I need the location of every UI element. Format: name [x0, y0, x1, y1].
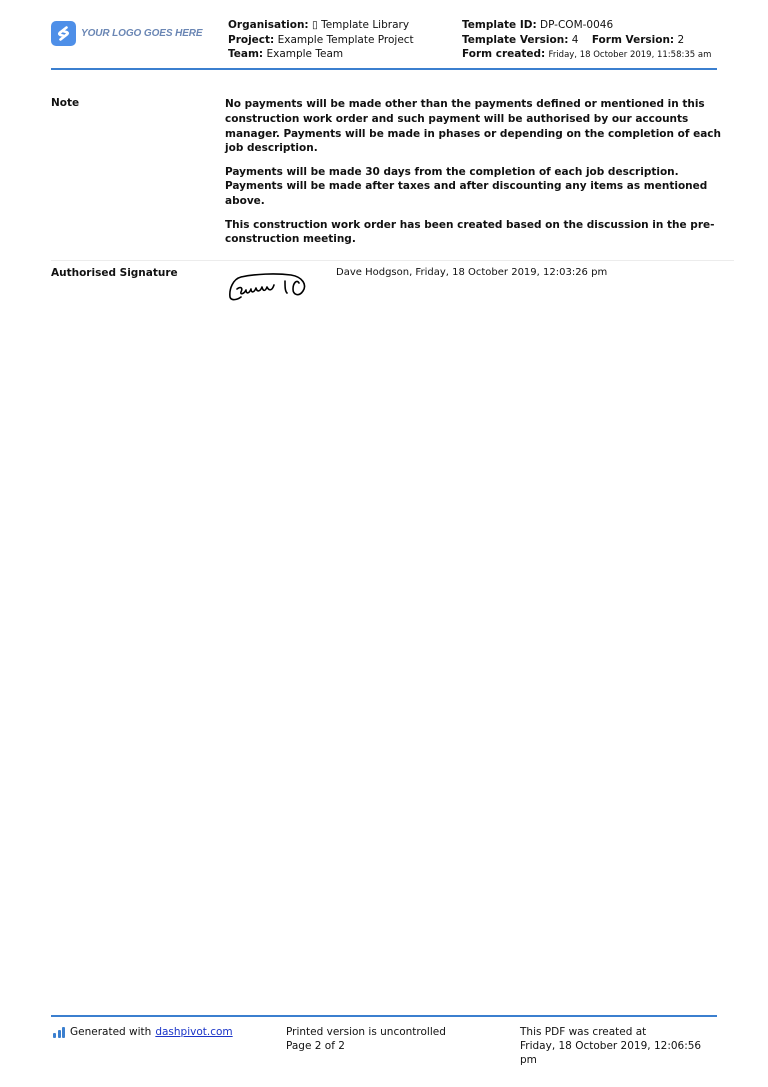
page-header: YOUR LOGO GOES HERE Organisation: ▯ Temp…: [51, 18, 717, 68]
header-project-info: Organisation: ▯ Template Library Project…: [228, 18, 414, 62]
signature-image: [227, 267, 309, 303]
bar-chart-icon: [53, 1027, 65, 1038]
section-divider: [51, 260, 734, 261]
uncontrolled-notice: Printed version is uncontrolled: [286, 1025, 446, 1039]
page-number: Page 2 of 2: [286, 1039, 446, 1053]
organisation-line: Organisation: ▯ Template Library: [228, 18, 414, 33]
note-paragraph: This construction work order has been cr…: [225, 218, 725, 248]
note-paragraph: No payments will be made other than the …: [225, 97, 725, 156]
team-value: Example Team: [266, 48, 343, 60]
form-created-value: Friday, 18 October 2019, 11:58:35 am: [549, 50, 712, 60]
company-logo: YOUR LOGO GOES HERE: [51, 21, 202, 46]
project-value: Example Template Project: [278, 34, 414, 46]
signature-label: Authorised Signature: [51, 267, 178, 279]
template-version-value: 4: [572, 34, 579, 46]
print-info: Printed version is uncontrolled Page 2 o…: [286, 1025, 446, 1053]
form-version-value: 2: [677, 34, 684, 46]
note-body: No payments will be made other than the …: [225, 97, 725, 256]
template-id-line: Template ID: DP-COM-0046: [462, 18, 711, 33]
version-line: Template Version: 4 Form Version: 2: [462, 33, 711, 48]
pdf-created-label: This PDF was created at: [520, 1025, 715, 1039]
project-line: Project: Example Template Project: [228, 33, 414, 48]
generated-prefix: Generated with: [70, 1025, 151, 1039]
header-divider: [51, 68, 717, 70]
form-created-line: Form created: Friday, 18 October 2019, 1…: [462, 47, 711, 63]
template-id-value: DP-COM-0046: [540, 19, 613, 31]
team-line: Team: Example Team: [228, 47, 414, 62]
footer-divider: [51, 1015, 717, 1017]
note-paragraph: Payments will be made 30 days from the c…: [225, 165, 725, 209]
logo-s-icon: [51, 21, 76, 46]
dashpivot-link[interactable]: dashpivot.com: [155, 1025, 232, 1039]
pdf-created-info: This PDF was created at Friday, 18 Octob…: [520, 1025, 715, 1067]
organisation-value: ▯ Template Library: [312, 19, 409, 31]
signature-meta: Dave Hodgson, Friday, 18 October 2019, 1…: [336, 267, 607, 278]
logo-text: YOUR LOGO GOES HERE: [81, 28, 202, 39]
header-template-info: Template ID: DP-COM-0046 Template Versio…: [462, 18, 711, 63]
note-label: Note: [51, 97, 79, 109]
generated-with: Generated with dashpivot.com: [53, 1025, 233, 1039]
pdf-created-value: Friday, 18 October 2019, 12:06:56 pm: [520, 1039, 715, 1067]
